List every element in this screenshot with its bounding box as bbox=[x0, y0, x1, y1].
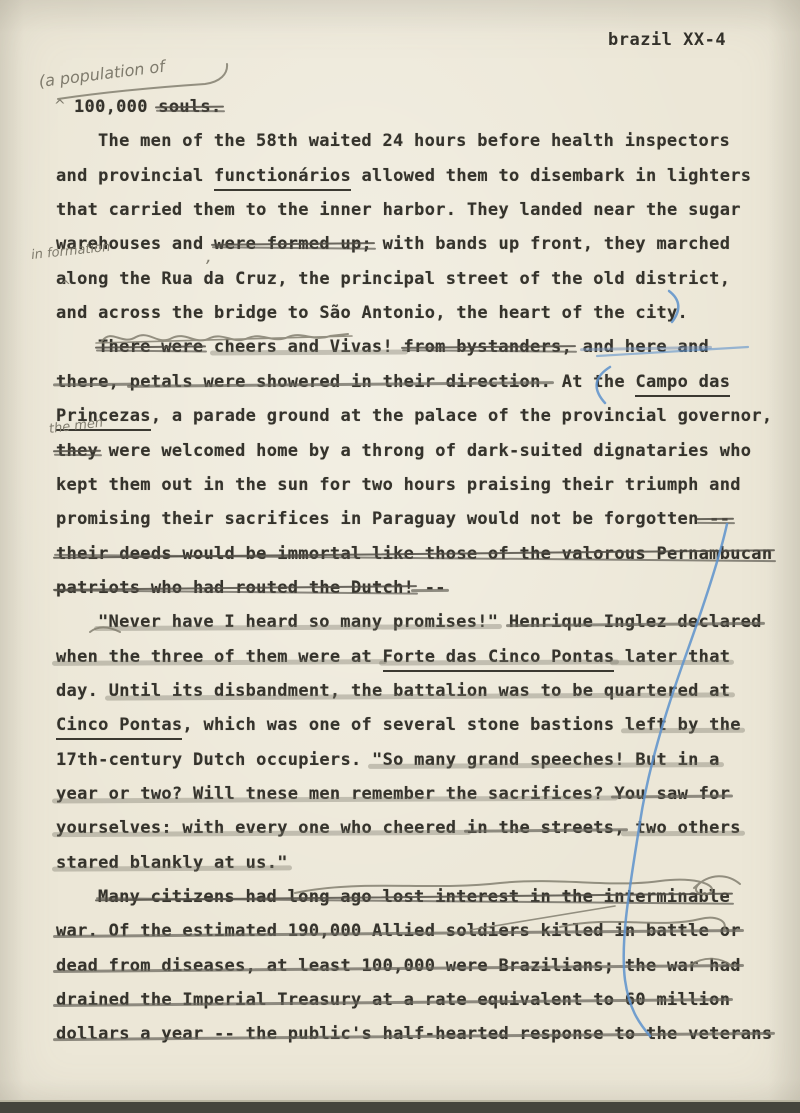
typed-text: year or two? Will tnese men remember the… bbox=[56, 783, 614, 806]
typed-text: day. bbox=[56, 680, 109, 703]
typed-text: were welcomed home by a throng of dark-s… bbox=[98, 440, 751, 463]
typed-line: day. Until its disbandment, the battalio… bbox=[56, 680, 730, 703]
typed-text: Until its disbandment, the battalion was… bbox=[109, 680, 731, 703]
typed-text: At the bbox=[551, 371, 635, 394]
typed-text: patriots who had routed the Dutch! bbox=[56, 577, 414, 600]
typed-text: -- bbox=[699, 508, 731, 531]
page-header: brazil XX-4 bbox=[608, 30, 726, 50]
typed-text: from bystanders, bbox=[404, 336, 573, 359]
typed-text: 17th-century Dutch occupiers. bbox=[56, 749, 372, 772]
typed-line: 17th-century Dutch occupiers. "So many g… bbox=[56, 749, 720, 772]
typed-line: dollars a year -- the public's half-hear… bbox=[56, 1023, 772, 1046]
typed-text: Henrique Inglez declared bbox=[509, 611, 762, 634]
typed-text: were formed up; bbox=[214, 233, 372, 256]
typed-text: yourselves: with every one who cheered bbox=[56, 817, 467, 840]
typed-text: -- bbox=[414, 577, 446, 600]
typed-text: You saw for bbox=[614, 783, 730, 806]
typed-line: drained the Imperial Treasury at a rate … bbox=[56, 989, 730, 1012]
typed-line: there, petals were showered in their dir… bbox=[56, 371, 730, 397]
typed-text: "So many grand speeches! But in a bbox=[372, 749, 720, 772]
typed-text bbox=[203, 336, 214, 359]
typed-text: petals were showered in their direction. bbox=[130, 371, 551, 394]
typed-line: their deeds would be immortal like those… bbox=[56, 543, 772, 566]
typed-line: war. Of the estimated 190,000 Allied sol… bbox=[56, 920, 741, 943]
typed-text: allowed them to disembark in lighters bbox=[351, 165, 751, 188]
typed-line: and provincial functionários allowed the… bbox=[56, 165, 751, 191]
typed-line: The men of the 58th waited 24 hours befo… bbox=[98, 130, 730, 153]
typed-line: when the three of them were at Forte das… bbox=[56, 646, 730, 672]
typed-text: promising their sacrifices in Paraguay w… bbox=[56, 508, 699, 531]
typed-line: kept them out in the sun for two hours p… bbox=[56, 474, 741, 497]
typed-text: their deeds would be immortal like those… bbox=[56, 543, 772, 566]
handwritten-note: ^ bbox=[54, 98, 66, 114]
typed-line: yourselves: with every one who cheered i… bbox=[56, 817, 741, 840]
typed-text: Many citizens had long ago lost interest… bbox=[98, 886, 730, 909]
typed-text: Campo das bbox=[635, 371, 730, 397]
typed-text: and provincial bbox=[56, 165, 214, 188]
typed-text: , which was one of several stone bastion… bbox=[182, 714, 624, 737]
typed-text: stared blankly at us." bbox=[56, 852, 288, 875]
typed-text: and here and bbox=[583, 336, 709, 359]
typed-text: later that bbox=[614, 646, 730, 669]
typed-text: functionários bbox=[214, 165, 351, 191]
typed-text: dollars a year -- the public's half-hear… bbox=[56, 1023, 772, 1046]
typed-line: "Never have I heard so many promises!" H… bbox=[98, 611, 762, 634]
handwritten-note: ^ bbox=[60, 279, 71, 294]
handwritten-note: (a population of bbox=[38, 57, 166, 91]
typed-text: and across the bridge to São Antonio, th… bbox=[56, 302, 688, 325]
typed-text: they bbox=[56, 440, 98, 463]
typed-line: warehouses and were formed up; with band… bbox=[56, 233, 730, 256]
typed-text: war. Of the estimated 190,000 Allied sol… bbox=[56, 920, 741, 943]
typed-text: two others bbox=[625, 817, 741, 840]
typed-line: There were cheers and Vivas! from bystan… bbox=[98, 336, 709, 359]
typed-text: there, bbox=[56, 371, 130, 394]
typed-text: dead from diseases, at least 100,000 wer… bbox=[56, 955, 741, 978]
typed-text bbox=[498, 611, 509, 634]
typed-text: in the streets, bbox=[467, 817, 625, 840]
typed-line: Many citizens had long ago lost interest… bbox=[98, 886, 730, 909]
typed-text: Cinco Pontas bbox=[56, 714, 182, 740]
typed-line: along the Rua da Cruz, the principal str… bbox=[56, 268, 730, 291]
typed-text: drained the Imperial Treasury at a rate … bbox=[56, 989, 730, 1012]
typed-line: they were welcomed home by a throng of d… bbox=[56, 440, 751, 463]
typed-text: The men of the 58th waited 24 hours befo… bbox=[98, 130, 730, 153]
handwritten-note: , bbox=[206, 246, 212, 267]
typed-line: Princezas, a parade ground at the palace… bbox=[56, 405, 772, 431]
typed-text: "Never have I heard so many promises!" bbox=[98, 611, 498, 634]
typed-text: souls. bbox=[158, 96, 221, 119]
paper: brazil XX-4 100,000 souls.The men of the… bbox=[0, 0, 800, 1113]
typed-text: There were bbox=[98, 336, 203, 359]
typed-line: and across the bridge to São Antonio, th… bbox=[56, 302, 688, 325]
scan-bottom-edge bbox=[0, 1100, 800, 1113]
typed-text: when the three of them were at bbox=[56, 646, 383, 669]
typed-line: stared blankly at us." bbox=[56, 852, 288, 875]
typed-line: patriots who had routed the Dutch! -- bbox=[56, 577, 446, 600]
typed-text: kept them out in the sun for two hours p… bbox=[56, 474, 741, 497]
handwritten-note: in formation bbox=[30, 240, 111, 263]
typed-text: that carried them to the inner harbor. T… bbox=[56, 199, 741, 222]
typed-line: dead from diseases, at least 100,000 wer… bbox=[56, 955, 741, 978]
typed-text: left by the bbox=[625, 714, 741, 737]
typed-line: Cinco Pontas, which was one of several s… bbox=[56, 714, 741, 740]
typed-line: year or two? Will tnese men remember the… bbox=[56, 783, 730, 806]
typed-text: cheers and Vivas! bbox=[214, 336, 404, 359]
typed-text: with bands up front, they marched bbox=[372, 233, 730, 256]
typed-text: Forte das Cinco Pontas bbox=[383, 646, 615, 672]
typed-text: , a parade ground at the palace of the p… bbox=[151, 405, 773, 428]
typed-line: promising their sacrifices in Paraguay w… bbox=[56, 508, 730, 531]
typed-line: that carried them to the inner harbor. T… bbox=[56, 199, 741, 222]
typed-line: 100,000 souls. bbox=[74, 96, 222, 119]
typed-text: 100,000 bbox=[74, 96, 158, 119]
typed-text: along the Rua da Cruz, the principal str… bbox=[56, 268, 730, 291]
